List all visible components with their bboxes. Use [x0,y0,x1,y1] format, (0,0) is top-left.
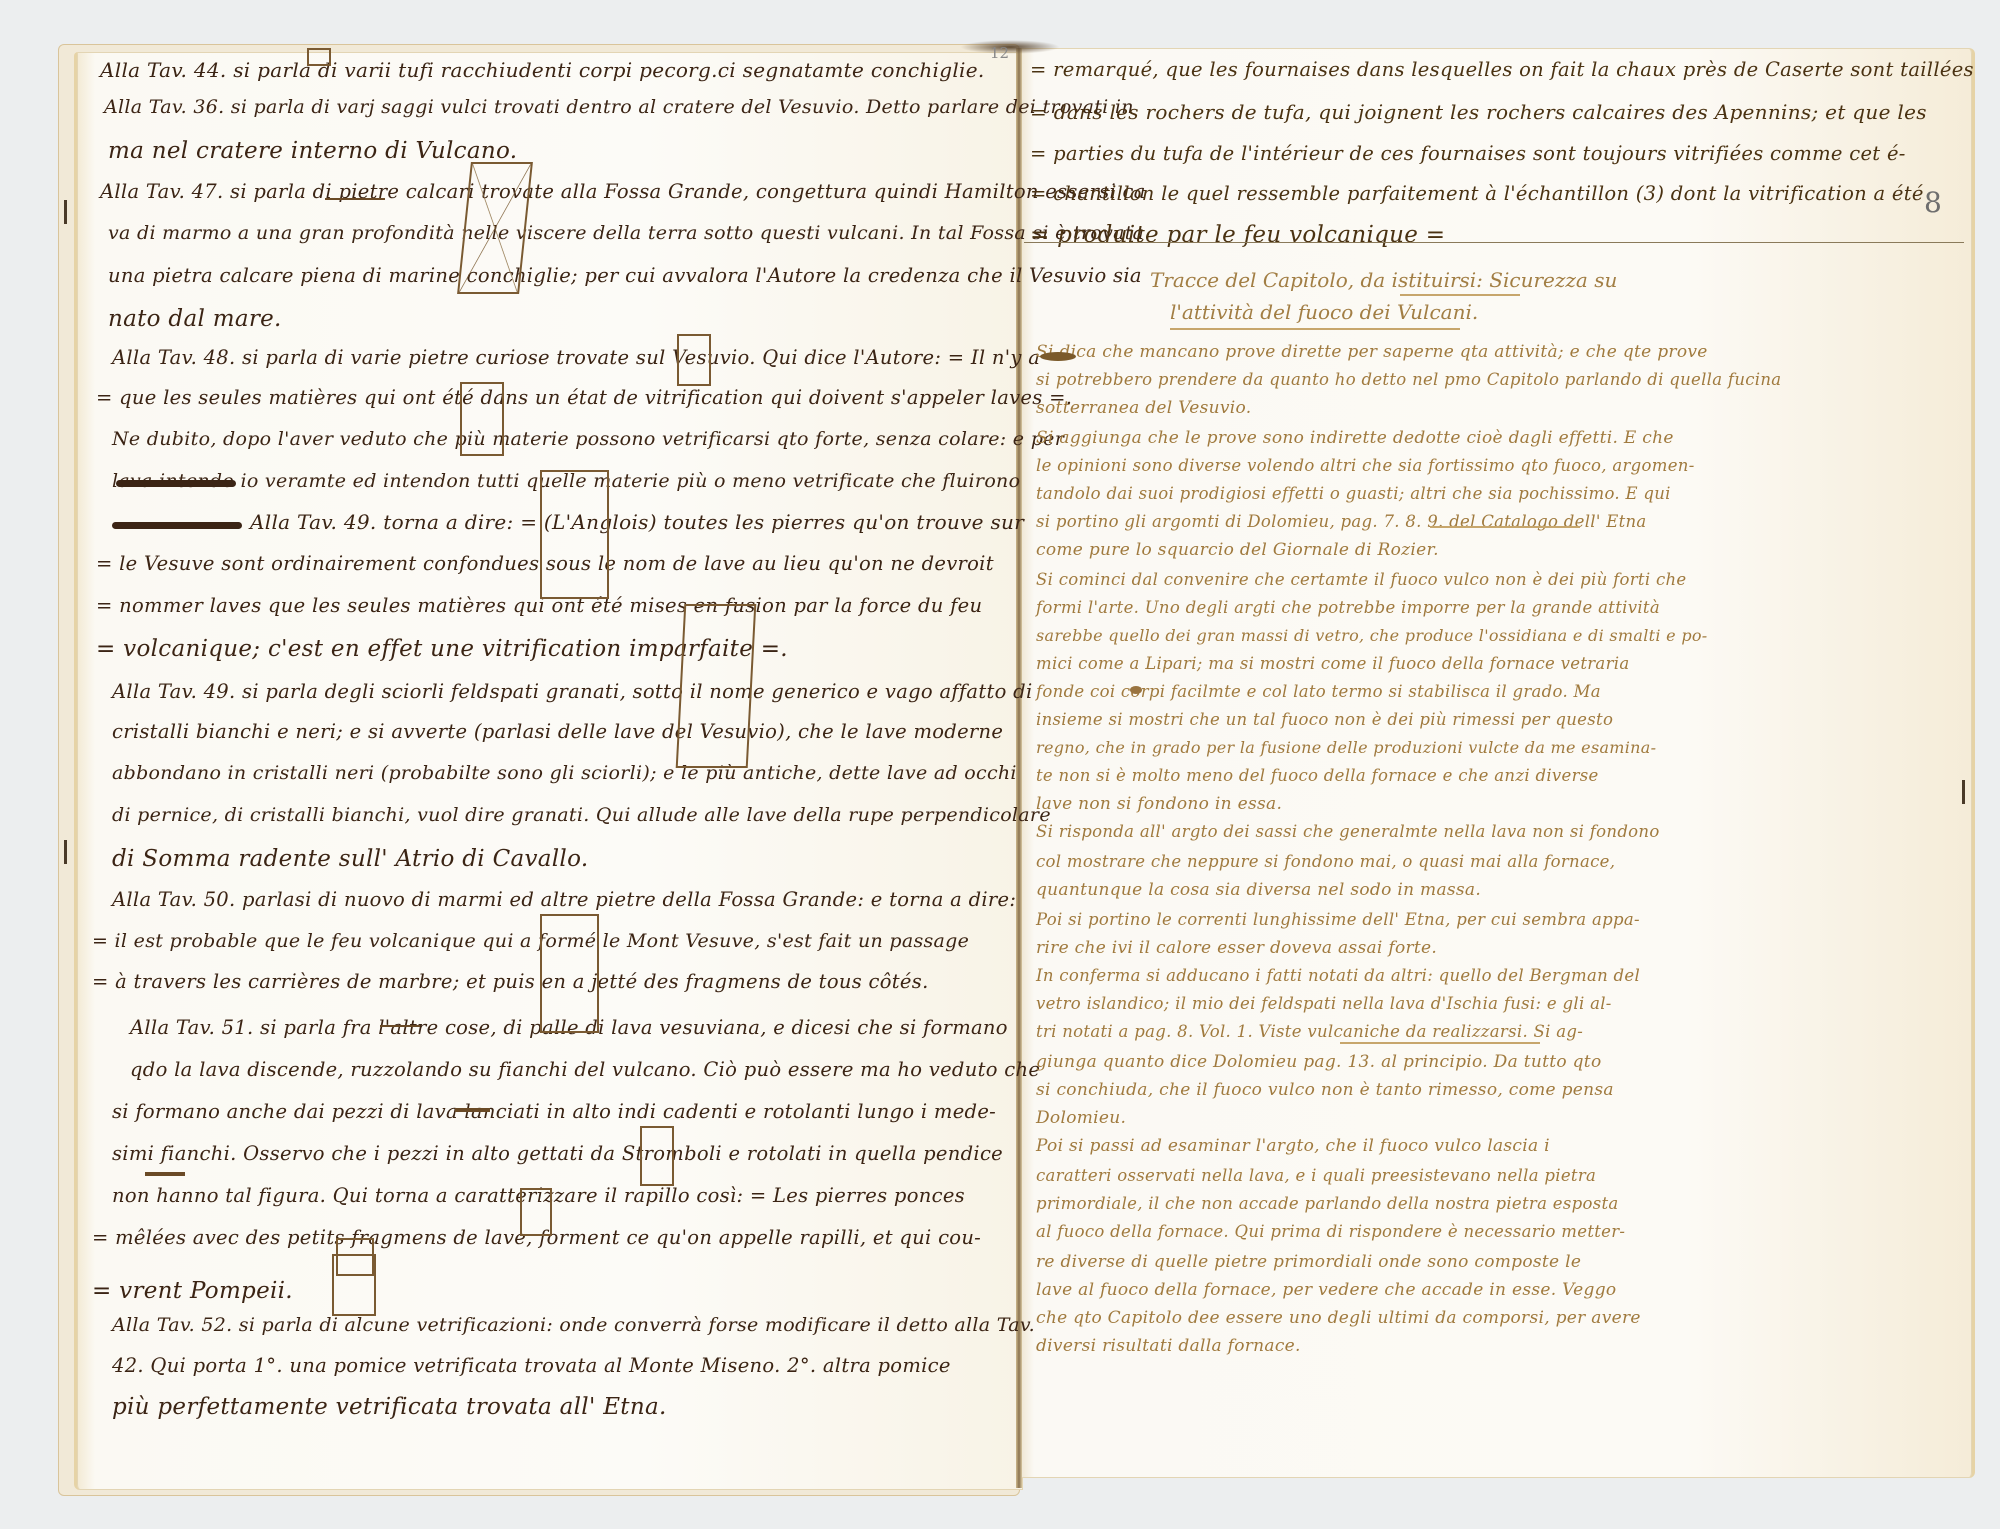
text-line: insieme si mostri che un tal fuoco non è… [1036,710,1613,729]
text-line: al fuoco della fornace. Qui prima di ris… [1036,1222,1625,1241]
text-line: di pernice, di cristalli bianchi, vuol d… [112,804,1051,826]
heading-underline [1170,328,1460,330]
text-line: Si dica che mancano prove dirette per sa… [1036,342,1708,362]
text-line: re diverse di quelle pietre primordiali … [1036,1252,1581,1272]
text-line: una pietra calcare piena di marine conch… [108,264,1142,287]
reference-underline [1340,1042,1540,1044]
text-line: regno, che in grado per la fusione delle… [1036,738,1656,757]
annotation-box [540,914,599,1033]
text-line: Ne dubito, dopo l'aver veduto che più ma… [112,428,1064,450]
margin-mark [64,200,67,224]
text-line: Poi si portino le correnti lunghissime d… [1036,910,1640,929]
text-line: si conchiuda, che il fuoco vulco non è t… [1036,1080,1614,1100]
text-line: giunga quanto dice Dolomieu pag. 13. al … [1036,1052,1601,1072]
text-line: Alla Tav. 48. si parla di varie pietre c… [112,346,1040,369]
text-line: col mostrare che neppure si fondono mai,… [1036,852,1615,871]
text-line: = produite par le feu volcanique = [1030,222,1445,248]
text-line: Dolomieu. [1036,1108,1126,1128]
text-line: = chantillon le quel ressemble parfaitem… [1030,182,1924,205]
text-line: nato dal mare. [108,306,282,332]
text-line: = parties du tufa de l'intérieur de ces … [1030,142,1906,165]
text-line: = à travers les carrières de marbre; et … [92,970,929,993]
text-line: te non si è molto meno del fuoco della f… [1036,766,1599,785]
text-line: tri notati a pag. 8. Vol. 1. Viste vulca… [1036,1022,1583,1041]
crossed-out-word [112,522,242,529]
margin-mark [1962,780,1965,804]
text-line: Alla Tav. 50. parlasi di nuovo di marmi … [112,888,1016,911]
section-heading-line-2: l'attività del fuoco dei Vulcani. [1170,300,1478,324]
text-line: ma nel cratere interno di Vulcano. [108,138,517,164]
text-line: Alla Tav. 44. si parla di varii tufi rac… [100,58,985,82]
text-line: In conferma si adducano i fatti notati d… [1036,966,1640,985]
text-line: tandolo dai suoi prodigiosi effetti o gu… [1036,484,1671,503]
text-line: Alla Tav. 49. torna a dire: = (L'Anglois… [250,510,1024,534]
annotation-box [676,604,757,768]
text-line: = remarqué, que les fournaises dans lesq… [1030,58,1974,81]
crossed-out-word [116,480,236,487]
section-divider [1024,242,1964,243]
heading-underline [1400,294,1520,296]
text-line: = que les seules matières qui ont été da… [96,386,1072,409]
annotation-box [677,334,711,386]
word-underline [380,1025,420,1027]
text-line: = vrent Pompeii. [92,1278,293,1304]
manuscript-spread: 12 8 Alla Tav. 44. si parla di varii tuf… [0,0,2000,1529]
right-folio-number: 8 [1924,186,1942,219]
text-line: rire che ivi il calore esser doveva assa… [1036,938,1437,958]
text-line: sotterranea del Vesuvio. [1036,398,1251,418]
text-line: di Somma radente sull' Atrio di Cavallo. [112,846,588,872]
text-line: Alla Tav. 47. si parla di pietre calcari… [100,180,1146,203]
text-line: Si cominci dal convenire che certamte il… [1036,570,1687,589]
annotation-box [332,1254,376,1316]
text-line: fonde coi corpi facilmte e col lato term… [1036,682,1601,701]
word-underline [325,198,385,200]
text-line: mici come a Lipari; ma si mostri come il… [1036,654,1629,673]
text-line: va di marmo a una gran profondità nelle … [108,222,1144,244]
text-line: che qto Capitolo dee essere uno degli ul… [1036,1308,1641,1328]
text-line: abbondano in cristalli neri (probabilte … [112,762,1017,784]
text-line: si formano anche dai pezzi di lava lanci… [112,1100,996,1123]
text-line: si potrebbero prendere da quanto ho dett… [1036,370,1781,389]
margin-mark [64,840,67,864]
text-line: Si risponda all' argto dei sassi che gen… [1036,822,1660,841]
text-line: lave al fuoco della fornace, per vedere … [1036,1280,1616,1300]
annotation-box [540,470,609,599]
annotation-box [520,1188,552,1236]
text-line: formi l'arte. Uno degli argti che potreb… [1036,598,1660,617]
reference-underline [1430,526,1580,528]
text-line: Alla Tav. 52. si parla di alcune vetrifi… [112,1314,1035,1336]
left-folio-number: 12 [990,44,1009,62]
word-underline [455,1108,490,1112]
binding-stain [960,40,1060,54]
ink-blot [1130,686,1142,694]
text-line: cristalli bianchi e neri; e si avverte (… [112,720,1003,743]
text-line: Alla Tav. 36. si parla di varj saggi vul… [104,96,1134,118]
text-line: diversi risultati dalla fornace. [1036,1336,1301,1356]
annotation-box [640,1126,674,1186]
text-line: vetro islandico; il mio dei feldspati ne… [1036,994,1612,1013]
text-line: lave non si fondono in essa. [1036,794,1282,814]
text-line: si portino gli argomti di Dolomieu, pag.… [1036,512,1647,531]
text-line: Si aggiunga che le prove sono indirette … [1036,428,1674,448]
annotation-box [460,382,504,456]
text-line: come pure lo squarcio del Giornale di Ro… [1036,540,1439,560]
text-line: 42. Qui porta 1°. una pomice vetrificata… [112,1354,951,1377]
word-underline [145,1172,185,1176]
text-line: simi fianchi. Osservo che i pezzi in alt… [112,1142,1003,1165]
text-line: = dans les rochers de tufa, qui joignent… [1030,100,1927,124]
text-line: quantunque la cosa sia diversa nel sodo … [1036,880,1481,900]
annotation-box [307,48,331,66]
ink-blot [1040,352,1076,361]
text-line: Alla Tav. 49. si parla degli sciorli fel… [112,680,1032,703]
text-line: qdo la lava discende, ruzzolando su fian… [130,1058,1040,1081]
text-line: caratteri osservati nella lava, e i qual… [1036,1166,1596,1185]
text-line: sarebbe quello dei gran massi di vetro, … [1036,626,1708,645]
text-line: = il est probable que le feu volcanique … [92,930,969,952]
text-line: primordiale, il che non accade parlando … [1036,1194,1619,1213]
text-line: Poi si passi ad esaminar l'argto, che il… [1036,1136,1550,1156]
text-line: più perfettamente vetrificata trovata al… [112,1394,667,1420]
text-line: le opinioni sono diverse volendo altri c… [1036,456,1695,475]
section-heading-line-1: Tracce del Capitolo, da istituirsi: Sicu… [1150,268,1617,292]
